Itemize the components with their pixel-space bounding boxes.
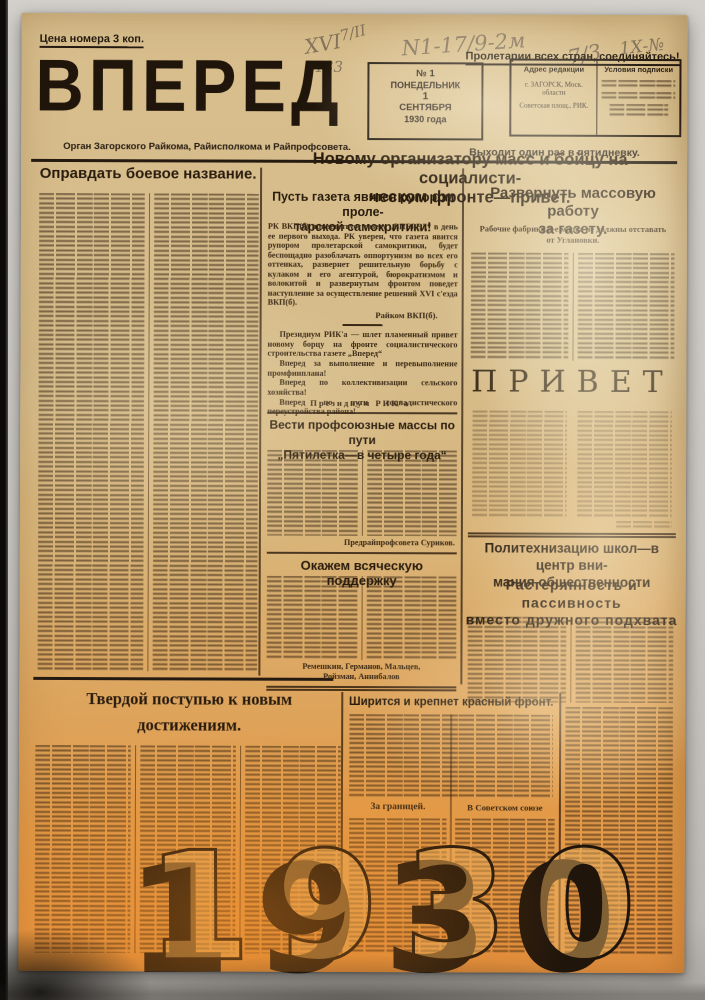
firm-step-headline: Твердой поступью к новым достижениям. <box>35 689 343 736</box>
issue-date-box: № 1 ПОНЕДЕЛЬНИК 1 СЕНТЯБРЯ 1930 года <box>367 62 483 140</box>
illegible-body-text <box>34 745 131 953</box>
address-line1: г. ЗАГОРСК, Моск. области <box>514 81 593 97</box>
mass-work-headline-line1: Развернуть массовую работу <box>467 184 679 221</box>
unions-body <box>267 450 457 537</box>
mass-work-subhead: Рабочие фабрики 8-е марта не должны отст… <box>469 224 677 247</box>
mouthpiece-signature1: Райком ВКП(б). <box>268 310 438 321</box>
subscription-heading: Условия подписки <box>602 65 676 74</box>
mouthpiece-body: РК ВКП(б) приветствует газету „ВПЕРЕД“ в… <box>268 222 458 308</box>
illegible-subscription-line <box>609 104 668 118</box>
photo-left-dark-edge <box>0 0 8 1000</box>
schools-body <box>467 616 673 703</box>
rik-slogan-2: Вперед по коллективизации сельского хозя… <box>267 378 457 398</box>
support-body <box>266 576 456 661</box>
illegible-body-text <box>267 450 358 536</box>
dash-separator <box>343 324 383 326</box>
pencil-mark: 7/II <box>338 21 368 45</box>
sub-column-divider <box>147 193 150 671</box>
year-1930-overlay: 1930 <box>146 831 617 983</box>
illegible-subscription-line <box>602 92 676 100</box>
newspaper-title: ВПЕРЕД <box>35 49 344 124</box>
section-rule <box>267 552 457 554</box>
privet-greeting-word: ПРИВЕТ <box>470 364 674 400</box>
sub-column-divider <box>361 576 362 660</box>
greeting-poem <box>472 410 672 519</box>
museum-photo-of-newspaper: Цена номера 3 коп. XVI 7/II 133 N1-17/9-… <box>0 0 705 1000</box>
illegible-body-text <box>577 253 675 361</box>
issue-day: 1 <box>369 90 481 102</box>
support-signatures-line2: Ройзман, Аннибалов <box>266 672 456 683</box>
issue-weekday: ПОНЕДЕЛЬНИК <box>369 80 481 90</box>
red-front-subhead-left: За границей. <box>349 802 447 812</box>
illegible-poem-signature <box>616 521 672 529</box>
sub-column-divider <box>572 253 573 361</box>
illegible-body-text <box>470 252 568 360</box>
issue-month: СЕНТЯБРЯ <box>369 102 481 113</box>
illegible-poem-text <box>577 411 672 519</box>
mouthpiece-signature2: Президиум РИК'а. <box>267 398 457 409</box>
illegible-body-text <box>467 616 566 702</box>
newspaper-front-page: Цена номера 3 коп. XVI 7/II 133 N1-17/9-… <box>18 13 687 973</box>
support-signatures: Ремешкин, Германов, Мальцев, Ройзман, Ан… <box>266 662 456 683</box>
sub-column-divider <box>361 450 362 536</box>
rik-slogan-1: Вперед за выполнение и перевыполнение пр… <box>267 359 457 379</box>
address-heading: Адрес редакции <box>514 65 593 74</box>
greeting-headline-line1: Новому организатору масс и бойцу на соци… <box>265 150 675 189</box>
illegible-subscription-line <box>602 80 676 88</box>
unions-headline-line1: Вести профсоюзные массы по пути <box>265 418 459 449</box>
sub-column-divider <box>570 617 571 703</box>
illegible-body-text <box>266 576 357 660</box>
illegible-poem-text <box>472 410 567 518</box>
section-rule <box>266 686 456 688</box>
mass-work-body <box>470 252 674 361</box>
sub-column-divider <box>134 745 136 953</box>
illegible-body-text <box>366 576 457 660</box>
mass-work-subhead-line1: Рабочие фабрики 8-е марта не должны отст… <box>469 224 677 236</box>
rik-greeting-text: Президиум РИК'а — шлет пламенный привет … <box>267 330 457 360</box>
left-lead-headline: Оправдать боевое название. <box>37 165 259 183</box>
illegible-body-text <box>575 617 674 703</box>
column-divider <box>460 168 463 684</box>
red-front-subhead-right: В Советском союзе <box>455 802 555 812</box>
firm-step-headline-line2: достижениям. <box>35 715 343 736</box>
issue-year: 1930 года <box>369 114 481 124</box>
mass-work-subhead-line2: от Углановки. <box>469 235 677 247</box>
issue-number: № 1 <box>369 68 481 79</box>
schools-headline-line1: Политехнизацию школ—в центр вни- <box>466 540 678 574</box>
mouthpiece-headline-line1: Пусть газета явится рупором проле- <box>267 190 459 221</box>
unions-signature: Предрайпрофсовета Суриков. <box>267 538 455 548</box>
support-signatures-line1: Ремешкин, Германов, Мальцев, <box>266 662 456 673</box>
address-line2: Советская площ., РИК. <box>514 102 593 110</box>
firm-step-headline-line1: Твердой поступью к новым <box>35 689 343 710</box>
illegible-body-text <box>152 193 259 671</box>
left-lead-body <box>37 193 259 672</box>
schools-subhead-line1: Растерянность и пассивность <box>466 576 678 612</box>
illegible-body-text <box>366 450 457 536</box>
address-subscription-box: Адрес редакции г. ЗАГОРСК, Моск. области… <box>509 59 681 138</box>
section-rule <box>468 535 676 537</box>
illegible-body-text <box>37 193 144 671</box>
section-rule <box>468 532 676 534</box>
